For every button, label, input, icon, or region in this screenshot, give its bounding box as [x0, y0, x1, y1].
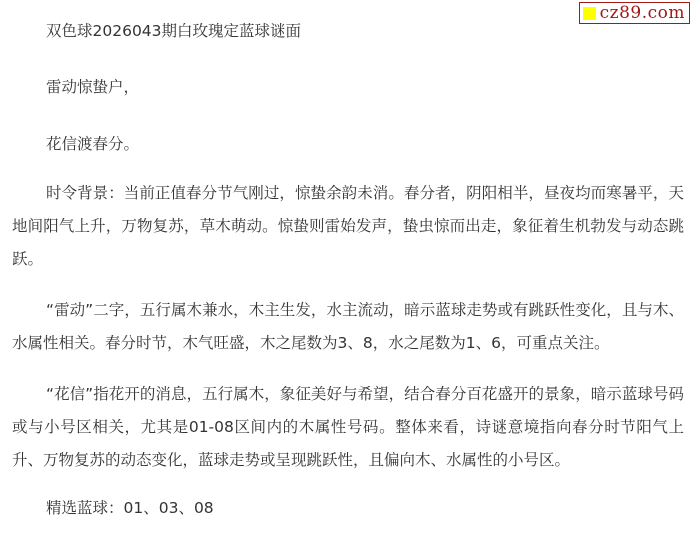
paragraph-leidong: “雷动”二字，五行属木兼水，木主生发，水主流动，暗示蓝球走势或有跳跃性变化，且与…	[12, 294, 684, 360]
paragraph-huaxin: “花信”指花开的消息，五行属木，象征美好与希望，结合春分百花盛开的景象，暗示蓝球…	[12, 378, 684, 477]
yellow-square-icon	[583, 7, 596, 20]
article-title: 双色球2026043期白玫瑰定蓝球谜面	[46, 15, 301, 48]
riddle-line-1: 雷动惊蛰户，	[46, 71, 139, 104]
watermark-text: cz89.com	[600, 3, 685, 23]
selected-blue-balls: 精选蓝球：01、03、08	[46, 492, 214, 525]
paragraph-background: 时令背景：当前正值春分节气刚过，惊蛰余韵未消。春分者，阴阳相半，昼夜均而寒暑平，…	[12, 177, 684, 276]
site-watermark: cz89.com	[579, 2, 690, 24]
article-page: cz89.com 双色球2026043期白玫瑰定蓝球谜面 雷动惊蛰户， 花信渡春…	[0, 0, 695, 534]
riddle-line-2: 花信渡春分。	[46, 128, 139, 161]
